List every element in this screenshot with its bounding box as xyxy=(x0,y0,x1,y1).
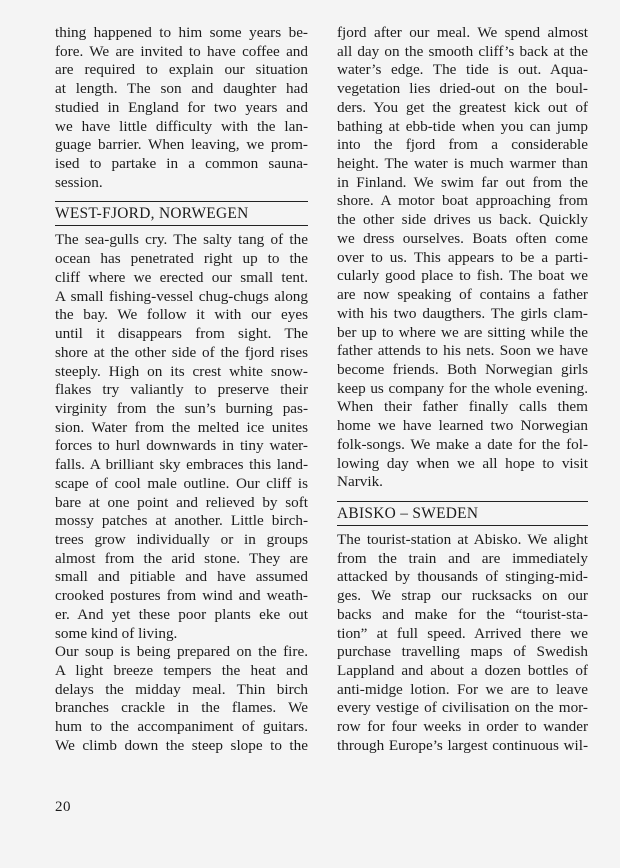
text-line: water’s edge. The tide is out. Aqua- xyxy=(337,61,588,80)
text-line: father attends to his nets. Soon we have xyxy=(337,342,588,361)
text-line: in Finland. We swim far out from the xyxy=(337,174,588,193)
text-line: flakes try valiantly to preserve their xyxy=(55,381,308,400)
text-line: cliff where we erected our small tent. xyxy=(55,269,308,288)
text-line: ges. We strap our rucksacks on our xyxy=(337,587,588,606)
text-line: branches crackle in the flames. We xyxy=(55,699,308,718)
text-line: We climb down the steep slope to the xyxy=(55,737,308,756)
text-line: ocean has penetrated right up to the xyxy=(55,250,308,269)
text-line: height. The water is much warmer than xyxy=(337,155,588,174)
text-line: A small fishing-vessel chug-chugs along xyxy=(55,288,308,307)
left-column: thing happened to him some years be-fore… xyxy=(55,24,308,756)
text-line: with his two daugthers. The girls clam- xyxy=(337,305,588,324)
west-fjord-paragraph-2: Our soup is being prepared on the fire.A… xyxy=(55,643,308,755)
text-line: until it disappears from sight. The xyxy=(55,325,308,344)
section-heading-abisko: ABISKO – SWEDEN xyxy=(337,501,588,526)
text-line: anti-midge lotion. For we are to leave xyxy=(337,681,588,700)
text-line: Our soup is being prepared on the fire. xyxy=(55,643,308,662)
text-line: into the fjord from a considerable xyxy=(337,136,588,155)
text-line: forces to hurl downwards in tiny water- xyxy=(55,437,308,456)
text-line: The tourist-station at Abisko. We alight xyxy=(337,531,588,550)
text-line: crooked postures from wind and weath- xyxy=(55,587,308,606)
text-line: row for four weeks in order to wander xyxy=(337,718,588,737)
text-line: keep us company for the whole evening. xyxy=(337,380,588,399)
text-line: attacked by thousands of stinging-mid- xyxy=(337,568,588,587)
text-line: every vestige of civilisation on the mor… xyxy=(337,699,588,718)
text-line: fjord after our meal. We spend almost xyxy=(337,24,588,43)
text-line: fore. We are invited to have coffee and xyxy=(55,43,308,62)
text-line: scape of cool male outline. Our cliff is xyxy=(55,475,308,494)
text-line: we have little difficulty with the lan- xyxy=(55,118,308,137)
text-line: the bay. We follow it with our eyes xyxy=(55,306,308,325)
text-line: er. And yet these poor plants eke out xyxy=(55,606,308,625)
text-line: the other side drives us back. Quickly xyxy=(337,211,588,230)
west-fjord-paragraph-1: The sea-gulls cry. The salty tang of the… xyxy=(55,231,308,643)
text-line: shore. A motor boat approaching from xyxy=(337,192,588,211)
text-line: small and pitiable and have assumed xyxy=(55,568,308,587)
text-line: session. xyxy=(55,174,308,193)
text-line: hum to the accompaniment of guitars. xyxy=(55,718,308,737)
section-heading-west-fjord: WEST-FJORD, NORWEGEN xyxy=(55,201,308,226)
text-line: A light breeze tempers the heat and xyxy=(55,662,308,681)
text-line: guage barrier. When leaving, we prom- xyxy=(55,136,308,155)
text-line: steeply. High on its crest white snow- xyxy=(55,363,308,382)
text-line: Narvik. xyxy=(337,473,588,492)
continued-paragraph: fjord after our meal. We spend almostall… xyxy=(337,24,588,492)
right-column: fjord after our meal. We spend almostall… xyxy=(337,24,588,756)
text-line: The sea-gulls cry. The salty tang of the xyxy=(55,231,308,250)
text-line: bathing at ebb-tide when you can jump xyxy=(337,118,588,137)
text-line: some kind of living. xyxy=(55,625,308,644)
text-line: from the train and are immediately xyxy=(337,550,588,569)
text-line: thing happened to him some years be- xyxy=(55,24,308,43)
text-line: almost from the arid stone. They are xyxy=(55,550,308,569)
text-line: all day on the smooth cliff’s back at th… xyxy=(337,43,588,62)
text-line: purchase travelling maps of Swedish xyxy=(337,643,588,662)
abisko-paragraph: The tourist-station at Abisko. We alight… xyxy=(337,531,588,756)
text-line: home we have learned two Norwegian xyxy=(337,417,588,436)
text-line: are required to explain our situation xyxy=(55,61,308,80)
text-line: ders. You get the greatest kick out of xyxy=(337,99,588,118)
text-line: we dress ourselves. Boats often come xyxy=(337,230,588,249)
text-line: become friends. Both Norwegian girls xyxy=(337,361,588,380)
text-line: falls. A brilliant sky embraces this lan… xyxy=(55,456,308,475)
text-line: through Europe’s largest continuous wil- xyxy=(337,737,588,756)
text-line: are now speaking of contains a father xyxy=(337,286,588,305)
text-line: sion. Water from the melted ice unites xyxy=(55,419,308,438)
text-line: vegetation lies dried-out on the boul- xyxy=(337,80,588,99)
page-number: 20 xyxy=(55,799,71,816)
text-line: folk-songs. We make a date for the fol- xyxy=(337,436,588,455)
text-line: backs and make for the “tourist-sta- xyxy=(337,606,588,625)
text-line: shore at the other side of the fjord ris… xyxy=(55,344,308,363)
text-line: studied in England for two years and xyxy=(55,99,308,118)
text-line: tion” at full speed. Arrived there we xyxy=(337,625,588,644)
text-line: ised to partake in a common sauna- xyxy=(55,155,308,174)
text-line: lowing day when we all hope to visit xyxy=(337,455,588,474)
text-line: When their father finally calls them xyxy=(337,398,588,417)
text-line: over to us. This appears to be a parti- xyxy=(337,249,588,268)
intro-paragraph: thing happened to him some years be-fore… xyxy=(55,24,308,192)
text-line: trees grow individually or in groups xyxy=(55,531,308,550)
text-line: cularly good place to fish. The boat we xyxy=(337,267,588,286)
text-line: virginity from the sun’s burning pas- xyxy=(55,400,308,419)
text-line: delays the midday meal. Thin birch xyxy=(55,681,308,700)
text-line: bare at one point and relieved by soft xyxy=(55,494,308,513)
text-line: Lappland and about a dozen bottles of xyxy=(337,662,588,681)
text-line: mossy patches at another. Little birch- xyxy=(55,512,308,531)
text-line: at length. The son and daughter had xyxy=(55,80,308,99)
text-line: ber up to where we are sitting while the xyxy=(337,324,588,343)
